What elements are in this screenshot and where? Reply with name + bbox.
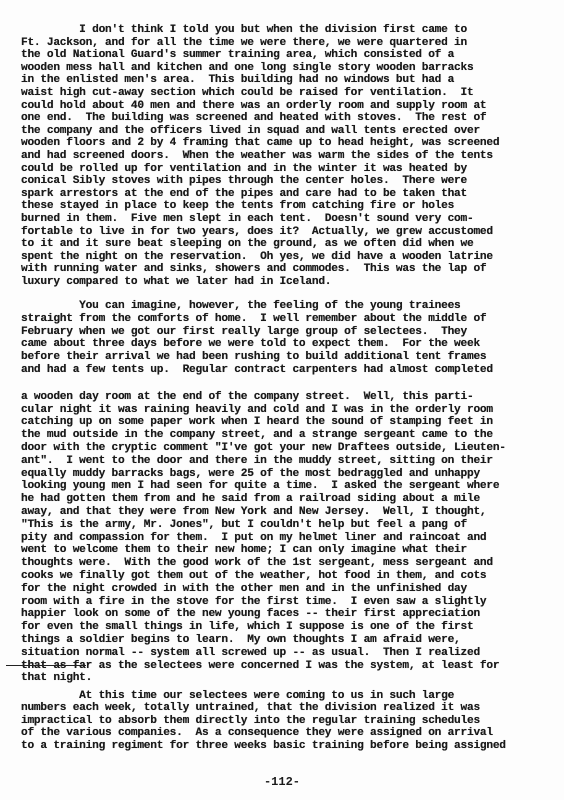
text-line: and had a few tents up. Regular contract… — [21, 364, 493, 376]
text-line: impractical to absorb them directly into… — [21, 715, 480, 727]
text-line: away, and that they were from New York a… — [21, 506, 486, 518]
text-line: I don't think I told you but when the di… — [21, 24, 467, 36]
text-line: spark arrestors at the end of the pipes … — [21, 188, 467, 200]
text-line: pity and compassion for them. I put on m… — [21, 532, 486, 544]
text-line: cular night it was raining heavily and c… — [21, 404, 493, 416]
text-line: fortable to live in for two years, does … — [21, 226, 493, 238]
text-line: At this time our selectees were coming t… — [21, 690, 454, 702]
text-line: spent the night on the reservation. Oh y… — [21, 251, 493, 263]
text-line: equally muddy barracks bags, were 25 of … — [21, 468, 480, 480]
text-line: wooden mess hall and kitchen and one lon… — [21, 62, 473, 74]
document-page: I don't think I told you but when the di… — [0, 0, 564, 800]
text-line: with running water and sinks, showers an… — [21, 263, 486, 275]
text-line: catching up on some paper work when I he… — [21, 416, 493, 428]
text-line: and had screened doors. When the weather… — [21, 150, 493, 162]
page-number: -112- — [0, 775, 564, 789]
text-line: the old National Guard's summer training… — [21, 49, 454, 61]
text-line: could be rolled up for ventilation and i… — [21, 163, 467, 175]
text-line: conical Sibly stoves with pipes through … — [21, 175, 467, 187]
text-line: ant". I went to the door and there in th… — [21, 455, 493, 467]
text-line: February when we got our first really la… — [21, 326, 467, 338]
text-line: these stayed in place to keep the tents … — [21, 200, 454, 212]
text-line: wooden floors and 2 by 4 framing that ca… — [21, 137, 499, 149]
text-line: came about three days before we were tol… — [21, 338, 480, 350]
text-line: that night. — [21, 672, 92, 684]
text-line: situation normal -- system all screwed u… — [21, 647, 480, 659]
text-line: burned in them. Five men slept in each t… — [21, 213, 473, 225]
text-line: for the night crowded in with the other … — [21, 583, 467, 595]
text-line: of the various companies. As a consequen… — [21, 727, 493, 739]
text-line: Ft. Jackson, and for all the time we wer… — [21, 37, 467, 49]
text-line: to a training regiment for three weeks b… — [21, 740, 506, 752]
text-line: waist high cut-away section which could … — [21, 87, 473, 99]
text-line: "This is the army, Mr. Jones", but I cou… — [21, 519, 467, 531]
text-line: a wooden day room at the end of the comp… — [21, 391, 473, 403]
text-line: the mud outside in the company street, a… — [21, 429, 493, 441]
text-line: went to welcome them to their new home; … — [21, 544, 467, 556]
text-line: in the enlisted men's area. This buildin… — [21, 74, 454, 86]
text-line: for even the small things in life, which… — [21, 621, 473, 633]
text-line: the company and the officers lived in sq… — [21, 125, 480, 137]
text-line: before their arrival we had been rushing… — [21, 351, 486, 363]
text-line: luxury compared to what we later had in … — [21, 276, 331, 288]
text-line: door with the cryptic comment "I've got … — [21, 442, 506, 454]
text-line: one end. The building was screened and h… — [21, 112, 486, 124]
text-line: that as far as the selectees were concer… — [21, 660, 499, 672]
text-line: happier look on some of the new young fa… — [21, 608, 480, 620]
text-line: things a soldier begins to learn. My own… — [21, 634, 461, 646]
text-line: straight from the comforts of home. I we… — [21, 313, 486, 325]
text-line: to it and it sure beat sleeping on the g… — [21, 238, 473, 250]
text-line: numbers each week, totally untrained, th… — [21, 702, 480, 714]
text-line: thoughts were. With the good work of the… — [21, 557, 493, 569]
underline-that-night — [6, 665, 86, 666]
text-line: he had gotten them from and he said from… — [21, 493, 480, 505]
text-line: could hold about 40 men and there was an… — [21, 100, 486, 112]
text-line: room with a fire in the stove for the fi… — [21, 596, 486, 608]
text-line: cooks we finally got them out of the wea… — [21, 570, 486, 582]
text-line: You can imagine, however, the feeling of… — [21, 300, 461, 312]
text-line: looking young men I had seen for quite a… — [21, 480, 499, 492]
